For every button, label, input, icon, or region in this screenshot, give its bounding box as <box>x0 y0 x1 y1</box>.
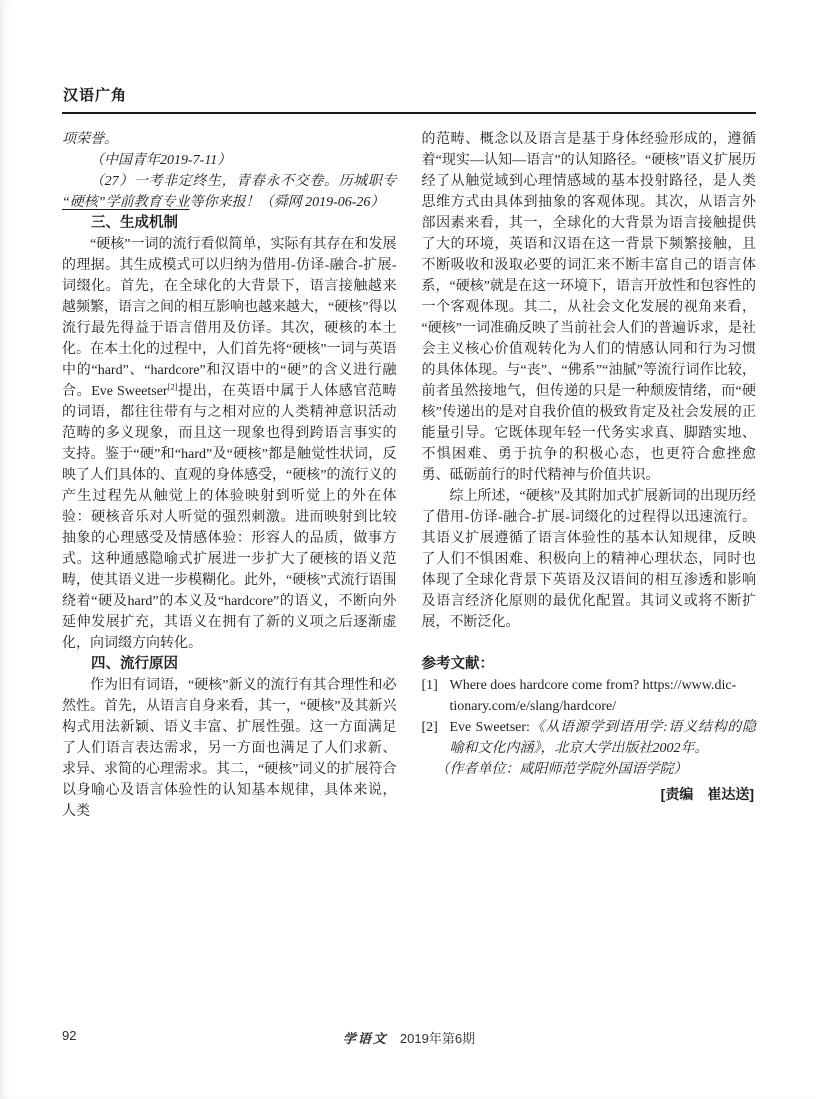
paragraph-popularity-continued: 的范畴、概念以及语言是基于身体经验形成的，遵循着“现实—认知—语言”的认知路径。… <box>422 129 757 486</box>
page-footer: 92 学语文2019年第6期 <box>62 1028 756 1048</box>
continuation-line: 项荣誉。 <box>62 129 397 150</box>
author-affiliation: （作者单位：咸阳师范学院外国语学院） <box>422 759 757 780</box>
example-27: （27）一考非定终生，青春永不交卷。历城职专“硬核”学前教育专业等你来报！（舜网… <box>62 171 397 213</box>
references-heading: 参考文献： <box>422 654 757 675</box>
reference-2-text: Eve Sweetser:《从语源学到语用学:语义结构的隐喻和文化内涵》，北京大… <box>450 717 757 759</box>
paragraph-conclusion: 综上所述，“硬核”及其附加式扩展新词的出现历经了借用-仿译-融合-扩展-词缀化的… <box>422 486 757 633</box>
paragraph-popularity: 作为旧有词语，“硬核”新义的流行有其合理性和必然性。首先，从语言自身来看，其一，… <box>62 675 397 822</box>
page-content: 汉语广角 项荣誉。 （中国青年2019-7-11） （27）一考非定终生，青春永… <box>0 0 816 822</box>
citation-superscript: [2] <box>168 381 178 391</box>
heading-popularity-reason: 四、流行原因 <box>62 654 397 675</box>
reference-item-1: [1] Where does hardcore come from? https… <box>422 675 757 717</box>
example-27-pre: （27）一考非定终生，青春永不交卷。历城职专 <box>90 174 397 189</box>
footer-journal-line: 学语文2019年第6期 <box>62 1028 756 1047</box>
column-left: 项荣誉。 （中国青年2019-7-11） （27）一考非定终生，青春永不交卷。历… <box>62 129 397 822</box>
reference-item-2: [2] Eve Sweetser:《从语源学到语用学:语义结构的隐喻和文化内涵》… <box>422 717 757 759</box>
journal-name: 学语文 <box>343 1031 388 1046</box>
reference-1-line2: tionary.com/e/slang/hardcore/ <box>450 699 617 714</box>
responsible-editor: [责编 崔达送] <box>422 784 757 805</box>
paragraph-generation-part2: 提出，在英语中属于人体感官范畴的词语，都往往带有与之相对应的人类精神意识活动范畴… <box>62 384 397 651</box>
example-27-post: 等你来报！（舜网 2019-06-26） <box>190 195 385 210</box>
reference-1-line1: Where does hardcore come from? https://w… <box>450 678 737 693</box>
header-rule <box>62 112 756 114</box>
reference-1-label: [1] <box>422 675 450 696</box>
column-right: 的范畴、概念以及语言是基于身体经验形成的，遵循着“现实—认知—语言”的认知路径。… <box>422 129 757 822</box>
page-header: 汉语广角 <box>62 84 756 114</box>
reference-2-author: Eve Sweetser: <box>450 720 530 735</box>
heading-generation-mechanism: 三、生成机制 <box>62 213 397 234</box>
two-column-body: 项荣誉。 （中国青年2019-7-11） （27）一考非定终生，青春永不交卷。历… <box>62 129 756 822</box>
reference-1-text: Where does hardcore come from? https://w… <box>450 675 757 717</box>
journal-page: 汉语广角 项荣誉。 （中国青年2019-7-11） （27）一考非定终生，青春永… <box>0 0 816 1099</box>
reference-2-label: [2] <box>422 717 450 738</box>
source-citation-1: （中国青年2019-7-11） <box>62 150 397 171</box>
section-title: 汉语广角 <box>63 84 756 105</box>
example-27-underlined: “硬核”学前教育专业 <box>62 195 190 210</box>
journal-issue: 2019年第6期 <box>400 1031 475 1046</box>
paragraph-generation: “硬核”一词的流行看似简单，实际有其存在和发展的理据。其生成模式可以归纳为借用-… <box>62 234 397 654</box>
paragraph-generation-part1: “硬核”一词的流行看似简单，实际有其存在和发展的理据。其生成模式可以归纳为借用-… <box>62 237 397 399</box>
